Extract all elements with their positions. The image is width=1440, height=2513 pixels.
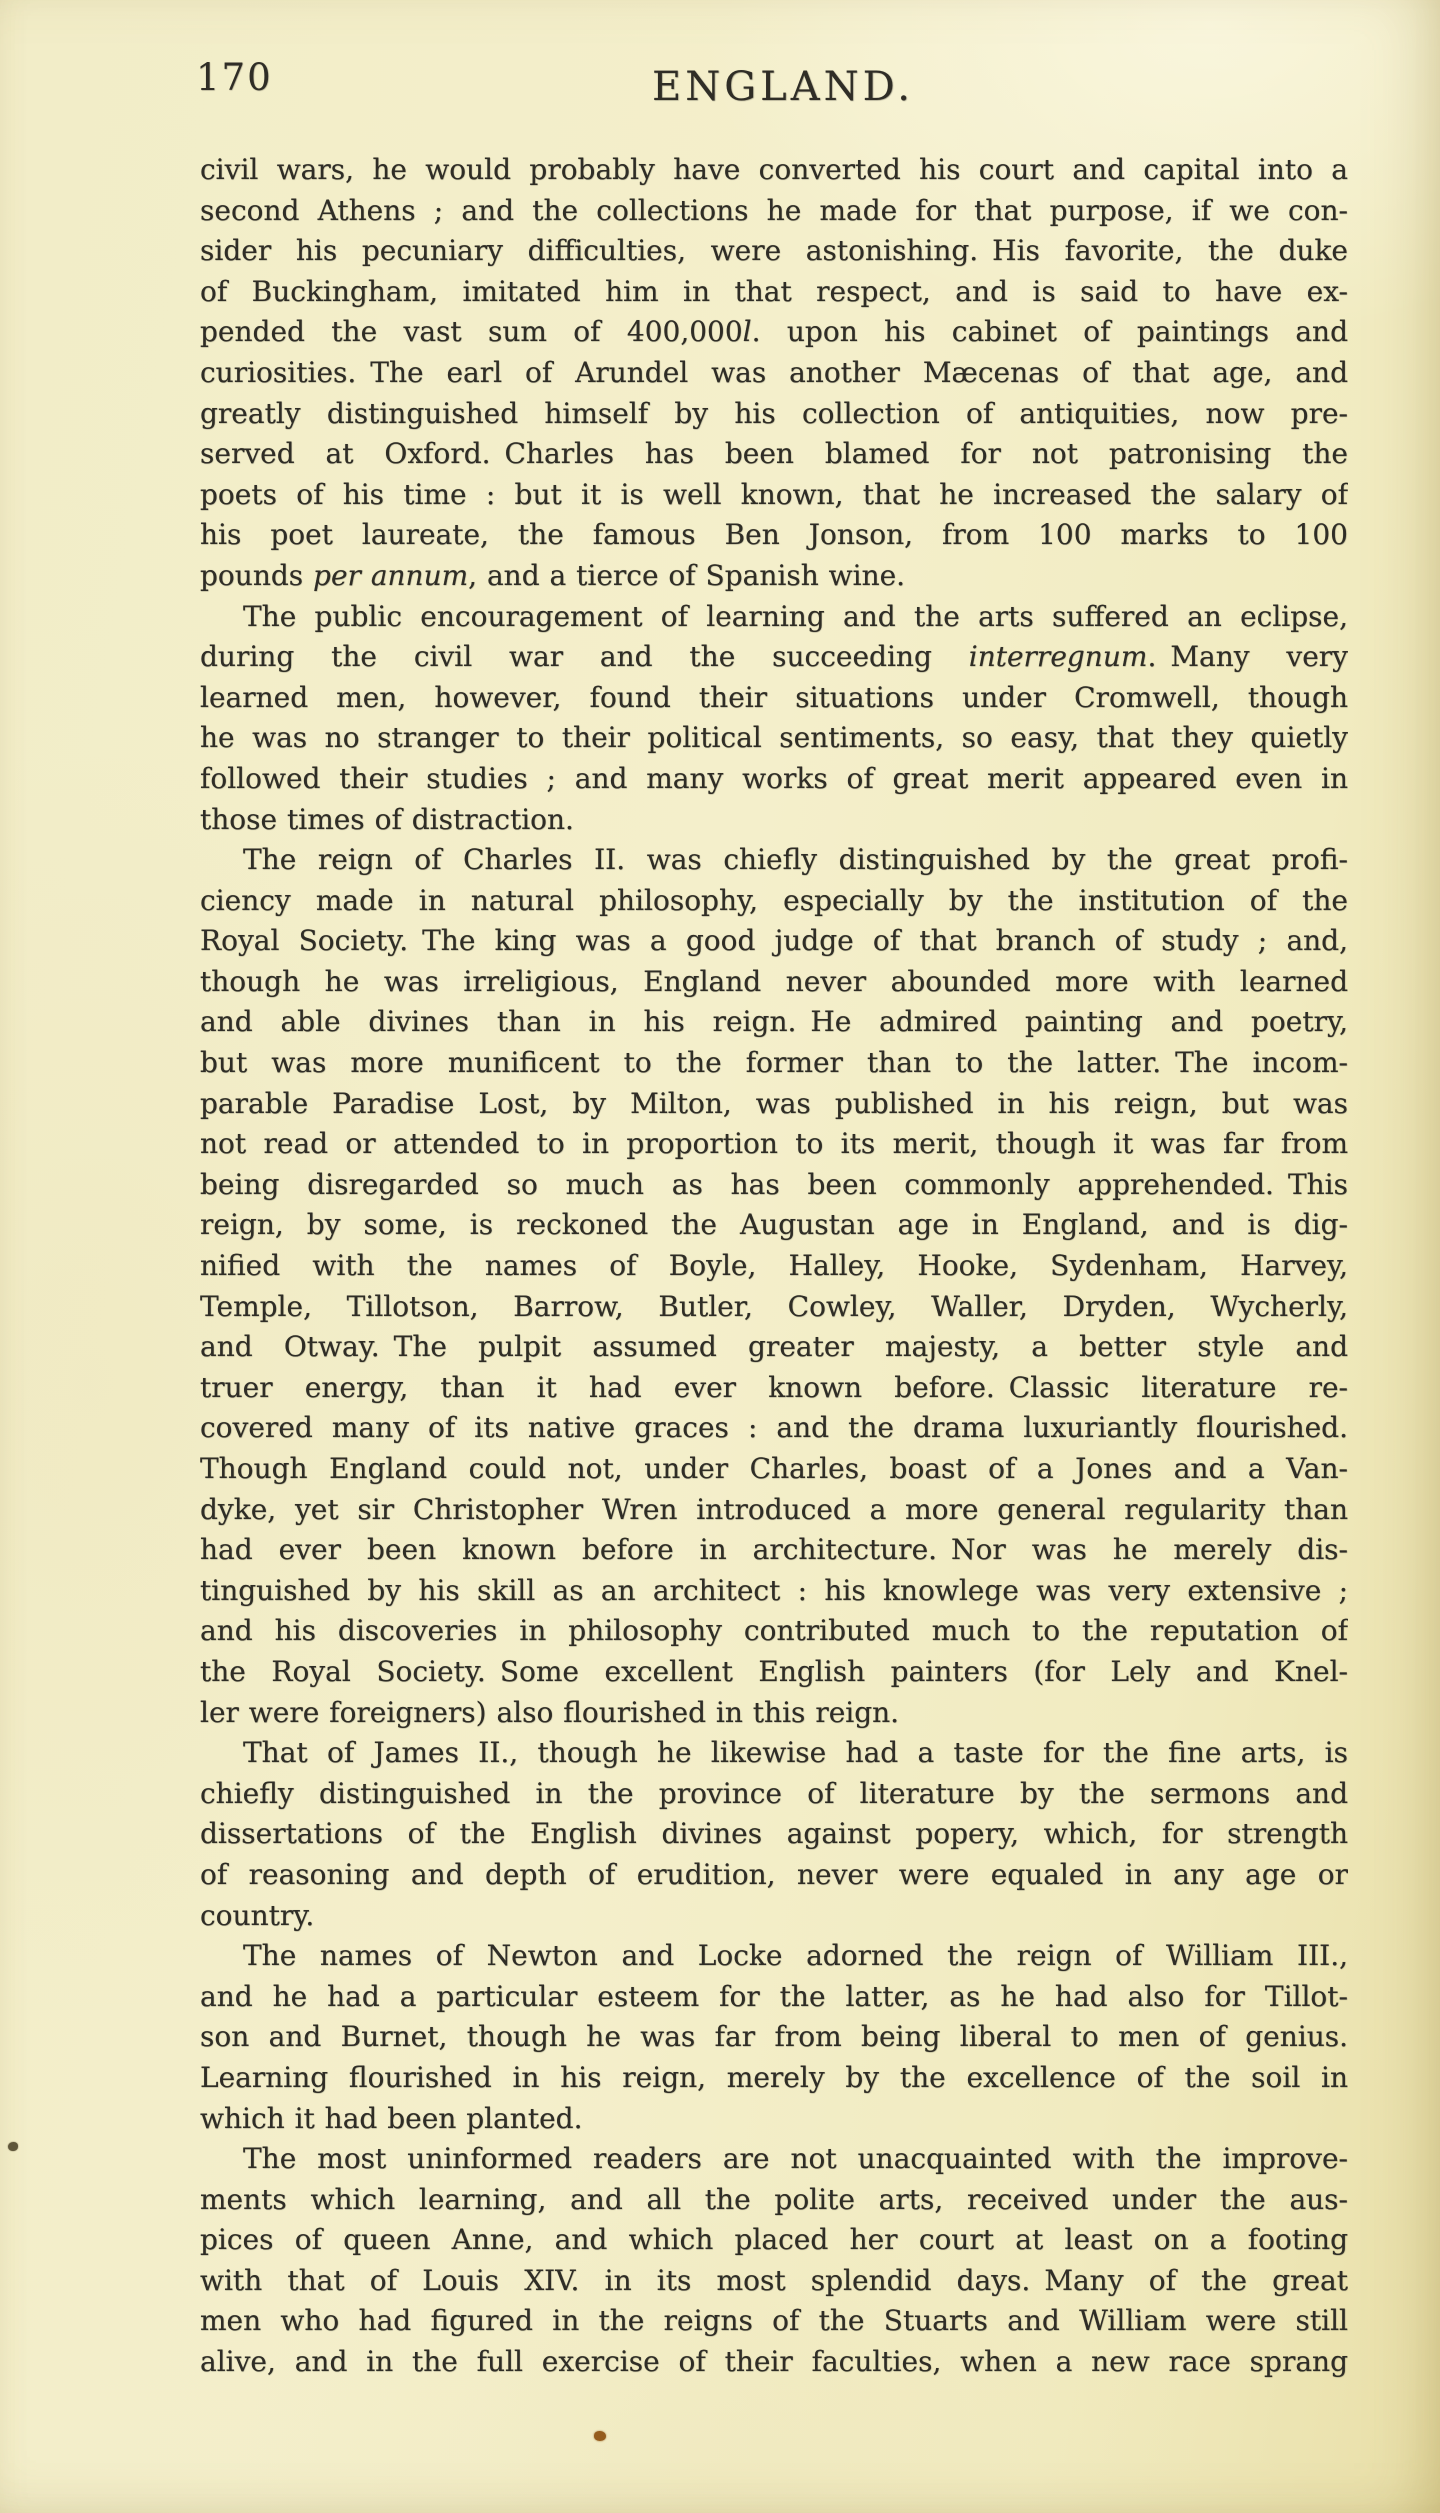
italic-segment: interregnum [969,640,1148,673]
text-line: Though England could not, under Charles,… [200,1449,1348,1490]
text-line: served at Oxford. Charles has been blame… [200,434,1348,475]
text-line: ments which learning, and all the polite… [200,2180,1348,2221]
text-line: pounds per annum, and a tierce of Spanis… [200,556,1348,597]
text-line: the Royal Society. Some excellent Englis… [200,1652,1348,1693]
text-line: Temple, Tillotson, Barrow, Butler, Cowle… [200,1287,1348,1328]
paragraph: The public encouragement of learning and… [200,597,1348,841]
ink-speck-bottom [594,2431,606,2441]
text-line: The names of Newton and Locke adorned th… [200,1936,1348,1977]
paragraph: The reign of Charles II. was chiefly dis… [200,840,1348,1733]
text-line: truer energy, than it had ever known bef… [200,1368,1348,1409]
text-line: son and Burnet, though he was far from b… [200,2017,1348,2058]
text-line: learned men, however, found their situat… [200,678,1348,719]
text-line: country. [200,1896,1348,1937]
italic-segment: l [743,315,752,348]
paragraph: That of James II., though he likewise ha… [200,1733,1348,1936]
text-line: had ever been known before in architectu… [200,1530,1348,1571]
text-line: That of James II., though he likewise ha… [200,1733,1348,1774]
text-line: ler were foreigners) also flourished in … [200,1693,1348,1734]
text-line: men who had figured in the reigns of the… [200,2301,1348,2342]
text-line: covered many of its native graces : and … [200,1408,1348,1449]
text-line: dyke, yet sir Christopher Wren introduce… [200,1490,1348,1531]
text-line: second Athens ; and the collections he m… [200,191,1348,232]
text-line: poets of his time : but it is well known… [200,475,1348,516]
text-line: and his discoveries in philosophy contri… [200,1611,1348,1652]
text-line: alive, and in the full exercise of their… [200,2342,1348,2383]
text-line: The public encouragement of learning and… [200,597,1348,638]
text-line: The reign of Charles II. was chiefly dis… [200,840,1348,881]
text-line: those times of distraction. [200,800,1348,841]
italic-segment: per annum [313,559,468,592]
text-line: of reasoning and depth of erudition, nev… [200,1855,1348,1896]
text-line: Royal Society. The king was a good judge… [200,921,1348,962]
text-line: pices of queen Anne, and which placed he… [200,2220,1348,2261]
text-line: though he was irreligious, England never… [200,962,1348,1003]
text-line: chiefly distinguished in the province of… [200,1774,1348,1815]
ink-speck-left-margin [8,2142,18,2151]
text-line: ciency made in natural philosophy, espec… [200,881,1348,922]
text-line: tinguished by his skill as an architect … [200,1571,1348,1612]
text-line: during the civil war and the succeeding … [200,637,1348,678]
paragraph: The most uninformed readers are not unac… [200,2139,1348,2383]
paragraph: civil wars, he would probably have conve… [200,150,1348,597]
text-line: Learning flourished in his reign, merely… [200,2058,1348,2099]
text-line: being disregarded so much as has been co… [200,1165,1348,1206]
text-line: The most uninformed readers are not unac… [200,2139,1348,2180]
paragraph: The names of Newton and Locke adorned th… [200,1936,1348,2139]
book-page: 170 ENGLAND. civil wars, he would probab… [0,0,1440,2513]
text-line: his poet laureate, the famous Ben Jonson… [200,515,1348,556]
text-line: and Otway. The pulpit assumed greater ma… [200,1327,1348,1368]
running-title: ENGLAND. [652,64,914,110]
page-number: 170 [196,56,273,100]
text-line: sider his pecuniary difficulties, were a… [200,231,1348,272]
text-line: reign, by some, is reckoned the Augustan… [200,1205,1348,1246]
text-line: curiosities. The earl of Arundel was ano… [200,353,1348,394]
text-line: he was no stranger to their political se… [200,718,1348,759]
text-line: nified with the names of Boyle, Halley, … [200,1246,1348,1287]
text-line: but was more munificent to the former th… [200,1043,1348,1084]
page-text: civil wars, he would probably have conve… [200,150,1348,2383]
text-line: and he had a particular esteem for the l… [200,1977,1348,2018]
text-line: and able divines than in his reign. He a… [200,1002,1348,1043]
text-line: which it had been planted. [200,2099,1348,2140]
text-line: dissertations of the English divines aga… [200,1814,1348,1855]
text-line: civil wars, he would probably have conve… [200,150,1348,191]
text-line: parable Paradise Lost, by Milton, was pu… [200,1084,1348,1125]
text-line: with that of Louis XIV. in its most sple… [200,2261,1348,2302]
text-line: pended the vast sum of 400,000l. upon hi… [200,312,1348,353]
text-line: followed their studies ; and many works … [200,759,1348,800]
text-line: of Buckingham, imitated him in that resp… [200,272,1348,313]
text-line: not read or attended to in proportion to… [200,1124,1348,1165]
text-line: greatly distinguished himself by his col… [200,394,1348,435]
